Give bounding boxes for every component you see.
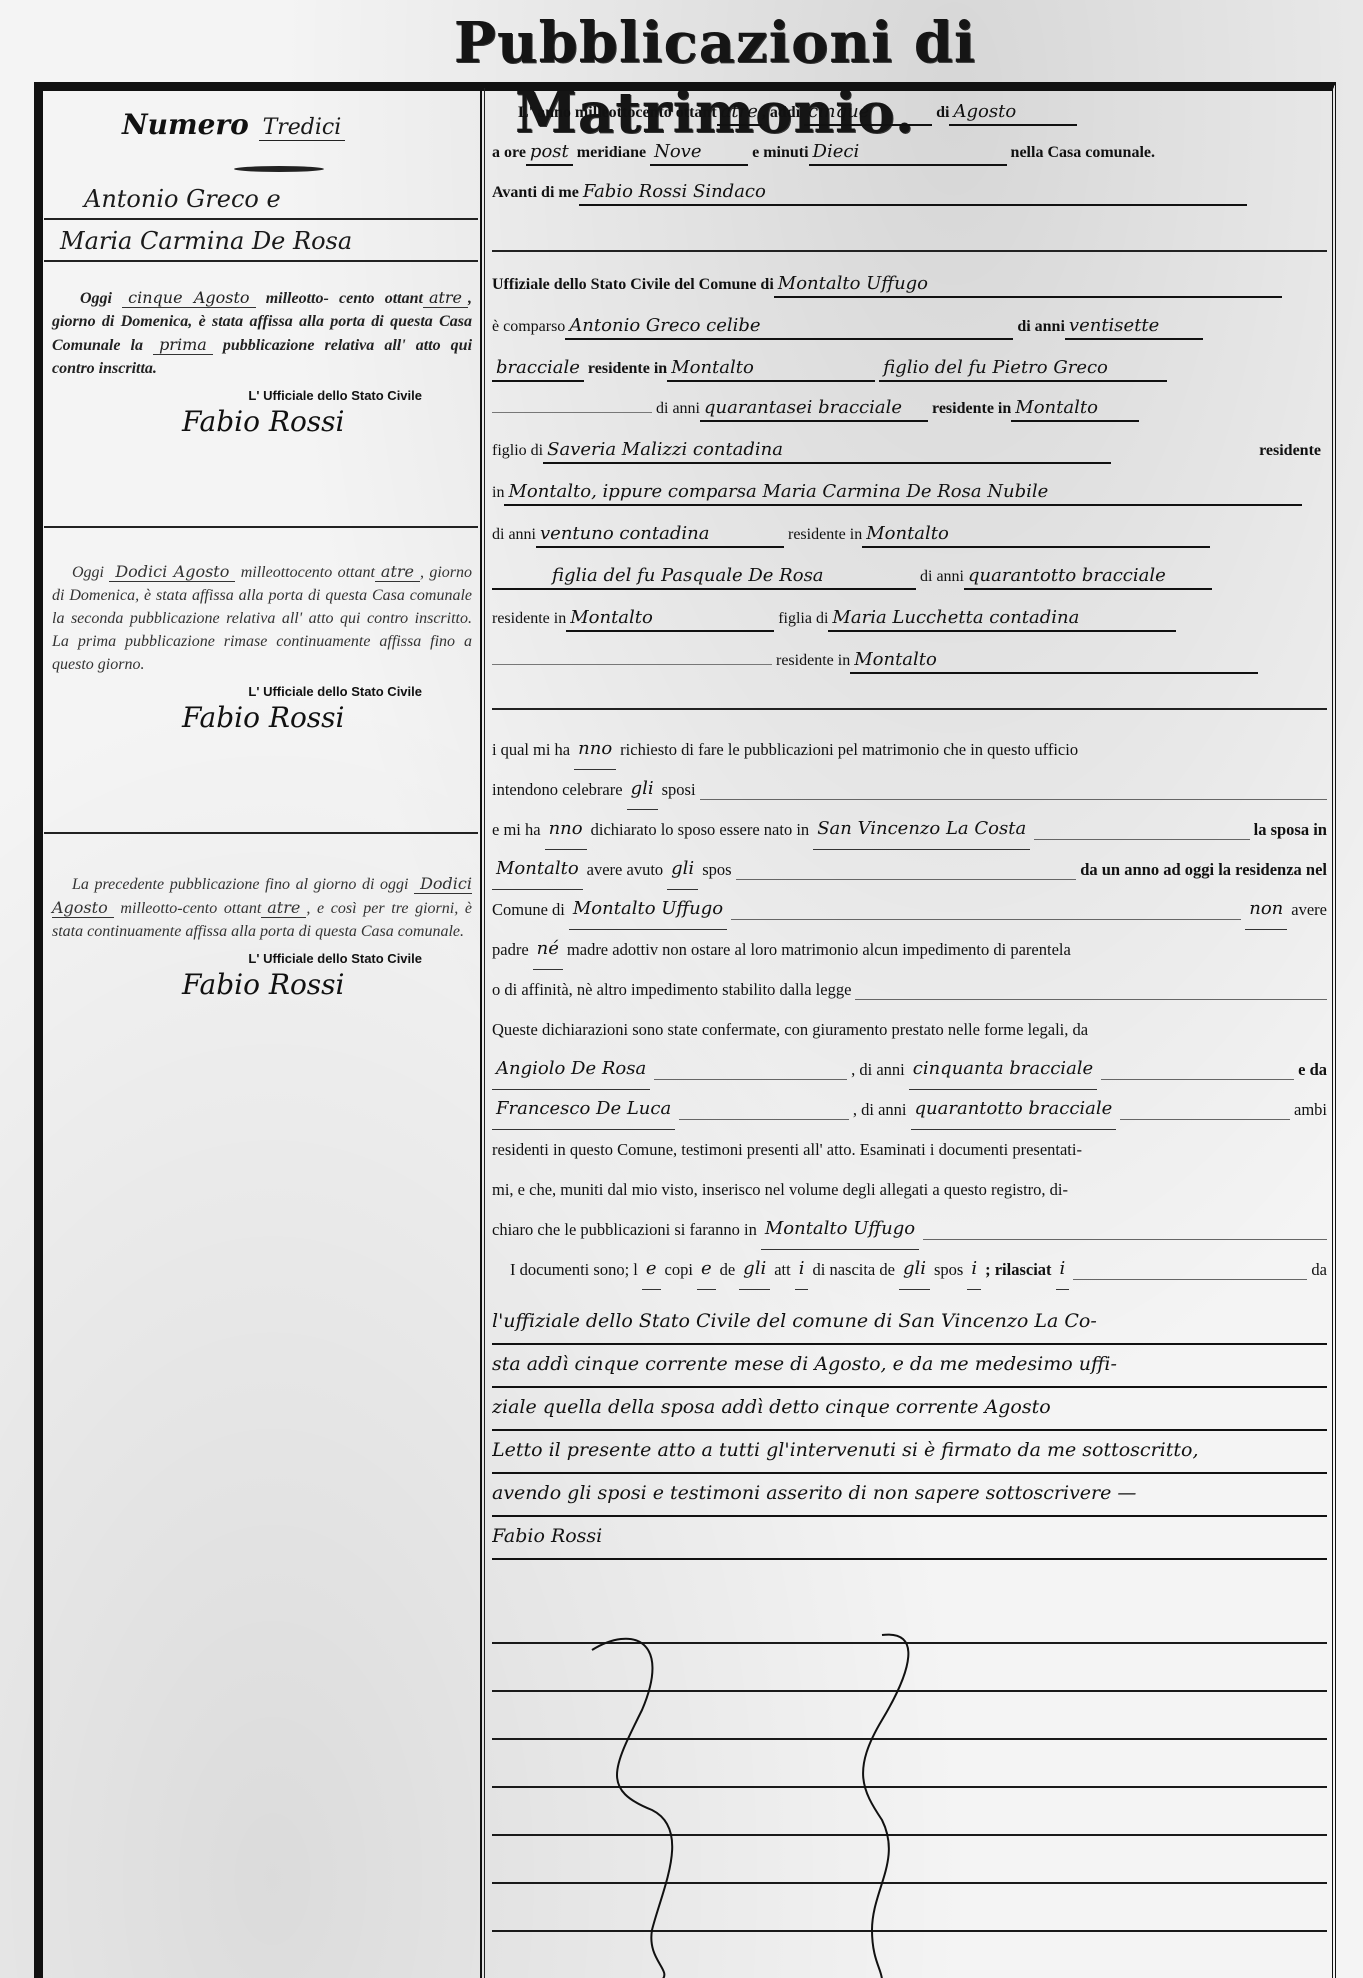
text-fragment: Oggi [52,564,104,581]
text-fragment: copi [665,1250,693,1290]
text-fragment: residente in [932,400,1011,417]
record-number: Numero Tredici [122,108,345,141]
text-fragment: non [1245,889,1287,930]
text-fragment: residenti in questo Comune, testimoni pr… [492,1130,1082,1170]
text-fragment: e da [1298,1050,1327,1090]
note-line: l'uffiziale dello Stato Civile del comun… [492,1302,1327,1345]
decl-row: iqual mi hanno richiesto di fare le pubb… [492,730,1327,770]
decl-row: intendono celebraregli sposi [492,770,1327,810]
text-fragment: chiaro che le pubblicazioni si faranno i… [492,1210,757,1250]
month-fill: Agosto [949,100,1077,126]
numero-value: Tredici [259,115,346,141]
officer-label: L' Ufficiale dello Stato Civile [52,388,472,403]
minutes-fill: Dieci [809,140,1007,166]
residence-comune: Montalto Uffugo [569,889,727,930]
sposa-father-residence-fill: Montalto [566,606,774,632]
section-rule [44,526,478,528]
sposa-mother-residence-line: residente inMontalto [492,646,1327,676]
second-publication-date: Dodici Agosto [109,562,235,582]
second-publication-year: atre [375,562,420,582]
text-fragment: milleotto- [266,290,329,307]
sposa-mother-residence-fill: Montalto [850,648,1258,674]
text-fragment: gli [667,849,698,890]
text-fragment: e [642,1249,661,1290]
sposo-father-line: di anniquarantasei bracciale residente i… [492,394,1327,424]
text-fragment: residente in [588,360,667,377]
sposa-age-fill: ventuno contadina [536,522,784,548]
decl-row: Angiolo De Rosa , di annicinquanta bracc… [492,1050,1327,1090]
father-residence-fill: Montalto [1011,396,1139,422]
text-fragment: i [967,1249,981,1290]
text-fragment: milleotto-cento ottant [120,900,261,917]
second-publication-note: Oggi Dodici Agosto milleottocento ottant… [44,560,478,734]
sposo-name-fill: Antonio Greco celibe [565,314,1013,340]
text-fragment: di anni [1017,318,1065,335]
couple-name-line-2: Maria Carmina De Rosa [44,224,478,262]
couple-name-line-1: Antonio Greco e [44,182,478,220]
section-rule [44,832,478,834]
text-fragment: de [720,1250,736,1290]
text-fragment: Comune di [492,890,565,930]
parties-rule [492,708,1327,710]
text-fragment: figlio di [492,442,543,459]
first-publication-date: cinque Agosto [122,288,255,308]
text-fragment: L' anno milleottocento ottant [492,104,717,121]
header-rule [492,250,1327,252]
text-fragment: meridiane [577,144,646,161]
text-fragment: ; rilasciat [985,1250,1051,1290]
sposo-father-fill: figlio del fu Pietro Greco [879,356,1167,382]
closing-year: atre [261,898,306,918]
decl-row: o di affinità, nè altro impedimento stab… [492,970,1327,1010]
decl-row: e mi hanno dichiarato lo sposo essere na… [492,810,1327,850]
text-fragment: da un anno ad oggi la residenza nel [1080,850,1327,890]
sposo-age-fill: ventisette [1065,314,1203,340]
text-fragment: att [774,1250,791,1290]
father-age-fill: quarantasei bracciale [700,396,928,422]
officer-label: L' Ufficiale dello Stato Civile [52,951,472,966]
header-time-line: a orepost meridiane Nove e minutiDieci n… [492,138,1327,168]
hour-fill: Nove [650,140,748,166]
text-fragment: di nascita de [812,1250,894,1290]
sposa-mother-fill: Maria Lucchetta contadina [828,606,1176,632]
column-divider [480,88,485,1978]
text-fragment: e [697,1249,716,1290]
note-line: Letto il presente atto a tutti gl'interv… [492,1431,1327,1474]
fill-line [654,1079,847,1080]
sposo-residence-line: bracciale residente inMontalto figlio de… [492,354,1327,384]
note-line: ziale quella della sposa addì detto cinq… [492,1388,1327,1431]
handwritten-notes: l'uffiziale dello Stato Civile del comun… [492,1302,1327,1560]
decl-row: Francesco De Luca , di anniquarantotto b… [492,1090,1327,1130]
sposa-father-age-fill: quarantotto bracciale [964,564,1212,590]
fill-line [855,999,1327,1000]
officer-signature: Fabio Rossi [182,405,472,438]
text-fragment: di anni [656,400,700,417]
text-fragment: , addì [762,104,800,121]
text-fragment: e mi ha [492,810,541,850]
sposo-line: è comparsoAntonio Greco celibe di annive… [492,312,1327,342]
publication-ordinal: prima [153,335,213,355]
decl-row: chiaro che le pubblicazioni si faranno i… [492,1210,1327,1250]
text-fragment: di [936,104,949,121]
witness-2-name: Francesco De Luca [492,1089,675,1130]
text-fragment: figlia di [778,610,828,627]
note-line: avendo gli sposi e testimoni asserito di… [492,1474,1327,1517]
witness-1-age: cinquanta bracciale [909,1049,1097,1090]
officer-signature: Fabio Rossi [182,701,472,734]
closing-publication-note: La precedente pubblicazione fino al gior… [44,872,478,1001]
text-fragment: o di affinità, nè altro impedimento stab… [492,970,851,1010]
text-fragment: spos [702,850,731,890]
sposa-mother-line: residente inMontalto figlia diMaria Lucc… [492,604,1327,634]
fill-line [1120,1119,1290,1120]
text-fragment: non ostare al loro matrimonio alcun impe… [662,930,1071,970]
cancellation-squiggle [552,1630,972,1978]
text-fragment: la sposa in [1254,810,1327,850]
text-fragment: i [492,730,497,770]
fill-line [731,919,1241,920]
numero-label: Numero [122,108,249,141]
text-fragment: gli [899,1249,930,1290]
text-fragment: Oggi [52,290,112,307]
fill-line [1101,1079,1294,1080]
text-fragment: milleottocento ottant [241,564,375,581]
first-publication-year: atre [423,288,468,308]
sposo-mother-fill: Saveria Malizzi contadina [543,438,1111,464]
text-fragment: dichiarato lo sposo essere nato in [591,810,810,850]
note-line: sta addì cinque corrente mese di Agosto,… [492,1345,1327,1388]
text-fragment: i [795,1249,809,1290]
fill-line [1034,839,1249,840]
sposa-birthplace: Montalto [492,849,583,890]
text-fragment: a ore [492,144,526,161]
text-fragment: residente in [788,526,862,543]
official-fill: Fabio Rossi Sindaco [579,180,1247,206]
sposo-mother-line: figlio diSaveria Malizzi contadina resid… [492,436,1327,466]
decl-row: Montalto avere avutogli spos da un anno … [492,850,1327,890]
text-fragment: né [533,929,563,970]
decl-row: I documenti sono; le copie degli atti di… [492,1250,1327,1290]
note-signature: Fabio Rossi [492,1517,1327,1560]
text-fragment: è comparso [492,318,565,335]
header-date-line: L' anno milleottocento ottantatre, addì … [492,98,1327,128]
publication-place: Montalto Uffugo [761,1209,919,1250]
fill-line [700,799,1327,800]
sposo-birthplace: San Vincenzo La Costa [813,809,1030,850]
text-fragment: da [1311,1250,1327,1290]
comune-fill: Montalto Uffugo [774,272,1282,298]
sposo-residence-fill: Montalto [667,356,875,382]
text-fragment: gli [627,769,658,810]
text-fragment: residente in [776,652,850,669]
ornamental-flourish [234,166,324,172]
text-fragment: i [1056,1249,1070,1290]
first-publication-note: Oggi cinque Agosto milleotto- cento otta… [44,286,478,438]
text-fragment: di anni [920,568,964,585]
text-fragment: mi, e che, muniti dal mio visto, inseris… [492,1170,1068,1210]
header-official-line: Avanti di meFabio Rossi Sindaco [492,178,1327,208]
witness-1-name: Angiolo De Rosa [492,1049,650,1090]
text-fragment: cento ottant [339,290,423,307]
sposa-father-line: figlia del fu Pasquale De Rosa di anniqu… [492,562,1327,592]
text-fragment: ambi [1294,1090,1327,1130]
decl-row: residenti in questo Comune, testimoni pr… [492,1130,1327,1170]
text-fragment: mi ha [533,730,570,770]
fill-line [923,1239,1327,1240]
decl-row: Queste dichiarazioni sono state conferma… [492,1010,1327,1050]
fill-line [679,1119,849,1120]
fill-line [736,879,1077,880]
text-fragment: nella Casa comunale. [1011,144,1155,161]
sposa-residence-fill: Montalto [862,522,1210,548]
text-fragment: intendono celebrare [492,770,623,810]
text-fragment: , di anni [851,1050,905,1090]
text-fragment: La precedente pubblicazione fino al gior… [52,876,408,893]
text-fragment: in [492,484,504,501]
decl-row: mi, e che, muniti dal mio visto, inseris… [492,1170,1327,1210]
sposa-name-fill: Montalto, ippure comparsa Maria Carmina … [504,480,1302,506]
text-fragment: nno [574,729,616,770]
witness-2-age: quarantotto bracciale [911,1089,1117,1130]
text-fragment: avere avuto [587,850,664,890]
text-fragment: richiesto di fare le pubblicazioni pel m… [620,730,1078,770]
text-fragment: spos [934,1250,963,1290]
text-fragment: e minuti [752,144,808,161]
sposa-father-fill: figlia del fu Pasquale De Rosa [492,564,916,590]
decl-row: padrené madre adottivnon ostare al loro … [492,930,1327,970]
text-fragment: avere [1291,890,1327,930]
text-fragment: residente in [492,610,566,627]
sposo-occupation-fill: bracciale [492,356,584,382]
sposa-intro-line: inMontalto, ippure comparsa Maria Carmin… [492,478,1327,508]
text-fragment: madre adottiv [567,930,658,970]
text-fragment: Uffiziale dello Stato Civile del Comune … [492,276,774,293]
text-fragment: padre [492,930,529,970]
ante-post-fill: post [526,140,573,166]
text-fragment: sposi [662,770,696,810]
comune-line: Uffiziale dello Stato Civile del Comune … [492,270,1327,300]
text-fragment: , di anni [853,1090,907,1130]
officer-signature: Fabio Rossi [182,968,472,1001]
fill-line [1073,1279,1307,1280]
text-fragment: residente [1259,436,1327,466]
text-fragment: di anni [492,526,536,543]
year-fill: atre [717,100,762,126]
text-fragment: qual [501,730,529,770]
text-fragment: Avanti di me [492,184,579,201]
text-fragment: I documenti sono; l [510,1250,638,1290]
sposa-age-line: di anniventuno contadina residente inMon… [492,520,1327,550]
text-fragment: Queste dichiarazioni sono state conferma… [492,1010,1088,1050]
declarations-block: iqual mi hanno richiesto di fare le pubb… [492,730,1327,1290]
decl-row: Comune diMontalto Uffugo nonavere [492,890,1327,930]
text-fragment: nno [545,809,587,850]
day-fill: cinque [804,100,932,126]
officer-label: L' Ufficiale dello Stato Civile [52,684,472,699]
text-fragment: gli [739,1249,770,1290]
